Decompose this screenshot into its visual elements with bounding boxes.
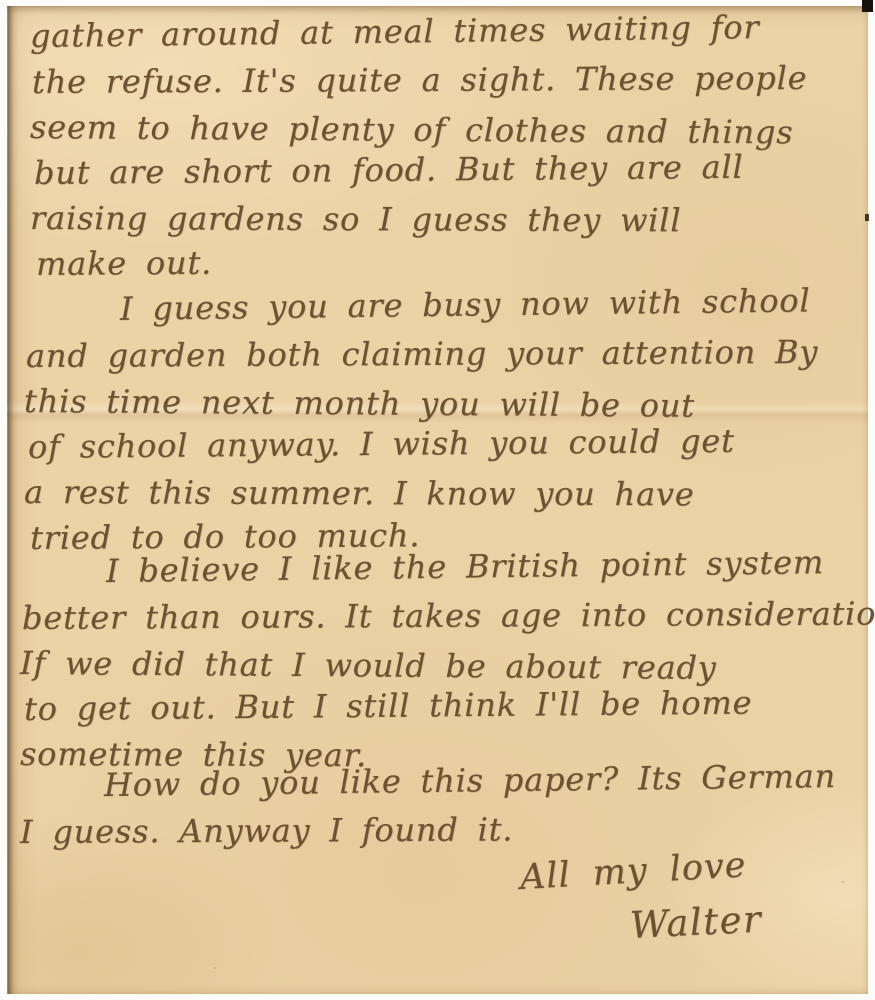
letter-line: of school anyway. I wish you could get bbox=[28, 417, 861, 470]
letter-line: gather around at meal times waiting for bbox=[30, 4, 857, 60]
paragraph-3: I believe I like the British point syste… bbox=[20, 550, 857, 778]
signature: Walter bbox=[629, 898, 763, 947]
paragraph-4: How do you like this paper? Its German I… bbox=[18, 764, 857, 855]
letter-line: I believe I like the British point syste… bbox=[20, 540, 857, 596]
letter-line: and garden both claiming your attention … bbox=[26, 329, 859, 379]
letter-line: better than ours. It takes age into cons… bbox=[22, 591, 859, 641]
letter-line: to get out. But I still think I'll be ho… bbox=[24, 679, 861, 732]
letter-line: I guess you are busy now with school bbox=[24, 278, 857, 334]
letter-line: the refuse. It's quite a sight. These pe… bbox=[32, 55, 859, 105]
paragraph-2: I guess you are busy now with school and… bbox=[24, 288, 857, 561]
letter-text: gather around at meal times waiting for … bbox=[0, 0, 875, 1000]
letter-line: but are short on food. But they are all bbox=[34, 143, 861, 196]
paragraph-1: gather around at meal times waiting for … bbox=[30, 14, 857, 287]
scanned-letter-page: gather around at meal times waiting for … bbox=[0, 0, 875, 1000]
letter-line: How do you like this paper? Its German bbox=[18, 754, 857, 810]
